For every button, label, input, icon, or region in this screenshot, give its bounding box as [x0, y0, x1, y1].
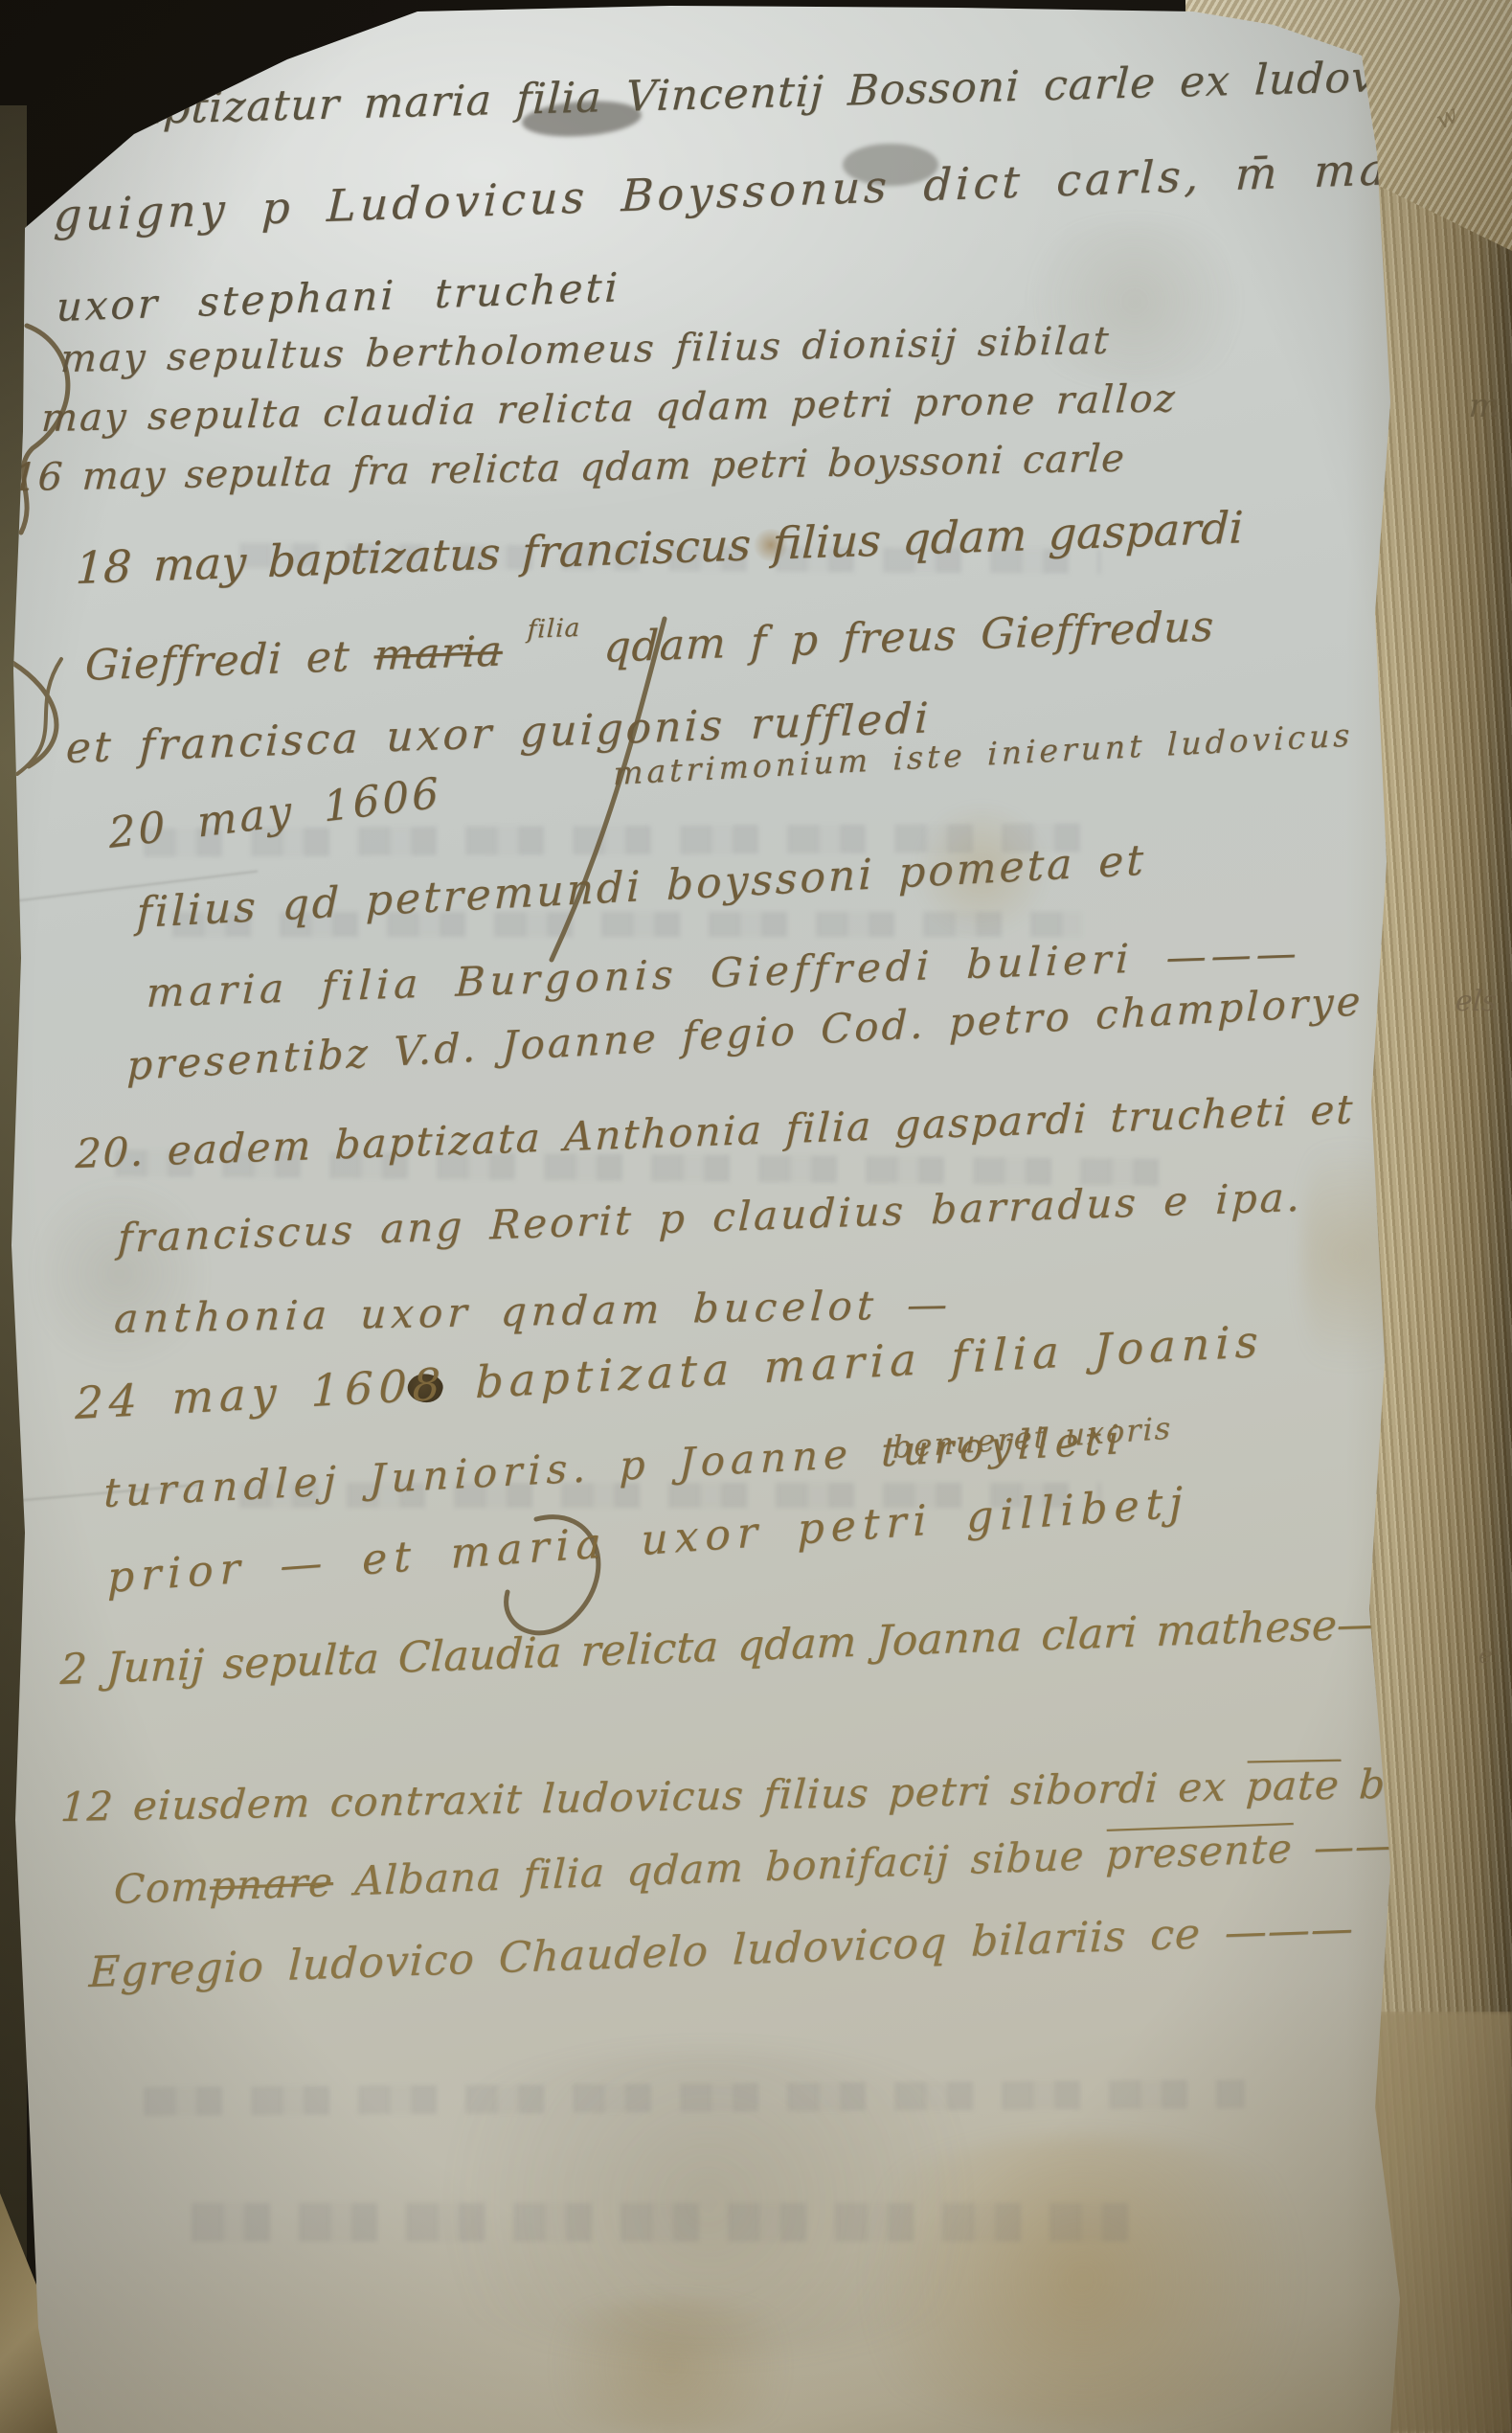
manuscript-word-segment: filia: [527, 613, 581, 645]
manuscript-text-layer: Aprilis 15 baptizatur maria filia Vincen…: [0, 0, 1512, 2433]
manuscript-line: 20. eadem baptizata Anthonia filia gaspa…: [75, 1085, 1355, 1177]
manuscript-word-segment: 16 may sepulta fra relicta qdam petri bo…: [11, 437, 1126, 500]
manuscript-line: guigny p Ludovicus Boyssonus dict carls,…: [53, 141, 1463, 241]
manuscript-word-segment: 20 may 1606: [107, 768, 442, 858]
manuscript-word-segment: anthonia uxor qndam bucelot: [113, 1281, 908, 1342]
manuscript-word-segment: guigny p Ludovicus Boyssonus dict carls,…: [53, 141, 1463, 241]
manuscript-word-segment: Egregio ludovico Chaudelo ludovicoq bila…: [88, 1908, 1226, 1997]
manuscript-word-segment: Albana filia qdam bonifacij sibue: [332, 1831, 1107, 1905]
manuscript-line: Gieffredi et maria filia qdam f p freus …: [84, 591, 1215, 691]
manuscript-line: may sepulta claudia relicta qdam petri p…: [40, 376, 1178, 441]
manuscript-word-segment: filius qd petremundi boyssoni pometa et: [136, 836, 1146, 938]
manuscript-line: 18 may baptizatus franciscus filius qdam…: [75, 501, 1244, 594]
manuscript-word-segment: —: [906, 1281, 954, 1329]
manuscript-word-segment: pnare: [209, 1858, 334, 1910]
manuscript-line: uxor stephani trucheti: [56, 263, 621, 330]
manuscript-word-segment: 15 baptizatur maria filia Vincentij Boss…: [29, 51, 1442, 137]
manuscript-word-segment: presente: [1105, 1825, 1294, 1878]
manuscript-word-segment: 18 may baptizatus franciscus filius qdam…: [75, 501, 1244, 594]
manuscript-line: 12 eiusdem contraxit ludovicus filius pe…: [59, 1759, 1498, 1830]
manuscript-word-segment: Gieffredi et: [84, 631, 374, 691]
manuscript-word-segment: 12 eiusdem contraxit ludovicus filius pe…: [59, 1762, 1248, 1830]
manuscript-line: may sepultus bertholomeus filius dionisi…: [59, 319, 1112, 381]
manuscript-line: 2 Junij sepulta Claudia relicta qdam Joa…: [59, 1597, 1464, 1694]
manuscript-word-segment: may sepultus bertholomeus filius dionisi…: [59, 319, 1112, 381]
manuscript-word-segment: may sepulta claudia relicta qdam petri p…: [40, 376, 1178, 441]
manuscript-word-segment: —: [280, 1538, 328, 1591]
manuscript-word-segment: Com: [113, 1862, 211, 1913]
manuscript-word-segment: franciscus ang Reorit p claudius barradu…: [117, 1173, 1303, 1262]
manuscript-photo: Aprilis 15 baptizatur maria filia Vincen…: [0, 0, 1512, 2433]
manuscript-word-segment: prior: [107, 1541, 280, 1603]
manuscript-word-segment: uxor stephani trucheti: [56, 263, 621, 330]
manuscript-line: 16 may sepulta fra relicta qdam petri bo…: [11, 437, 1126, 500]
manuscript-line: 20 may 1606: [107, 768, 442, 858]
manuscript-word-segment: ———: [1165, 929, 1302, 981]
manuscript-word-segment: ———: [1224, 1904, 1355, 1958]
month-annotation: Aprilis: [88, 31, 203, 77]
manuscript-word-segment: qdam f p freus Gieffredus: [579, 602, 1215, 672]
manuscript-page: Aprilis 15 baptizatur maria filia Vincen…: [0, 0, 1512, 2433]
manuscript-word-segment: ——: [1292, 1821, 1397, 1872]
manuscript-word-segment: 20. eadem baptizata Anthonia filia gaspa…: [75, 1085, 1355, 1177]
manuscript-line: anthonia uxor qndam bucelot —: [113, 1281, 953, 1342]
manuscript-line: Egregio ludovico Chaudelo ludovicoq bila…: [88, 1904, 1355, 1997]
manuscript-word-segment: 2 Junij sepulta Claudia relicta qdam Joa…: [59, 1601, 1338, 1694]
manuscript-line: 15 baptizatur maria filia Vincentij Boss…: [29, 51, 1442, 137]
manuscript-word-segment: [502, 626, 528, 676]
manuscript-line: filius qd petremundi boyssoni pometa et: [136, 836, 1146, 938]
manuscript-line: Compnare Albana filia qdam bonifacij sib…: [113, 1821, 1397, 1913]
manuscript-word-segment: maria: [373, 626, 504, 680]
manuscript-word-segment: pate: [1245, 1762, 1341, 1810]
manuscript-line: franciscus ang Reorit p claudius barradu…: [117, 1173, 1303, 1262]
